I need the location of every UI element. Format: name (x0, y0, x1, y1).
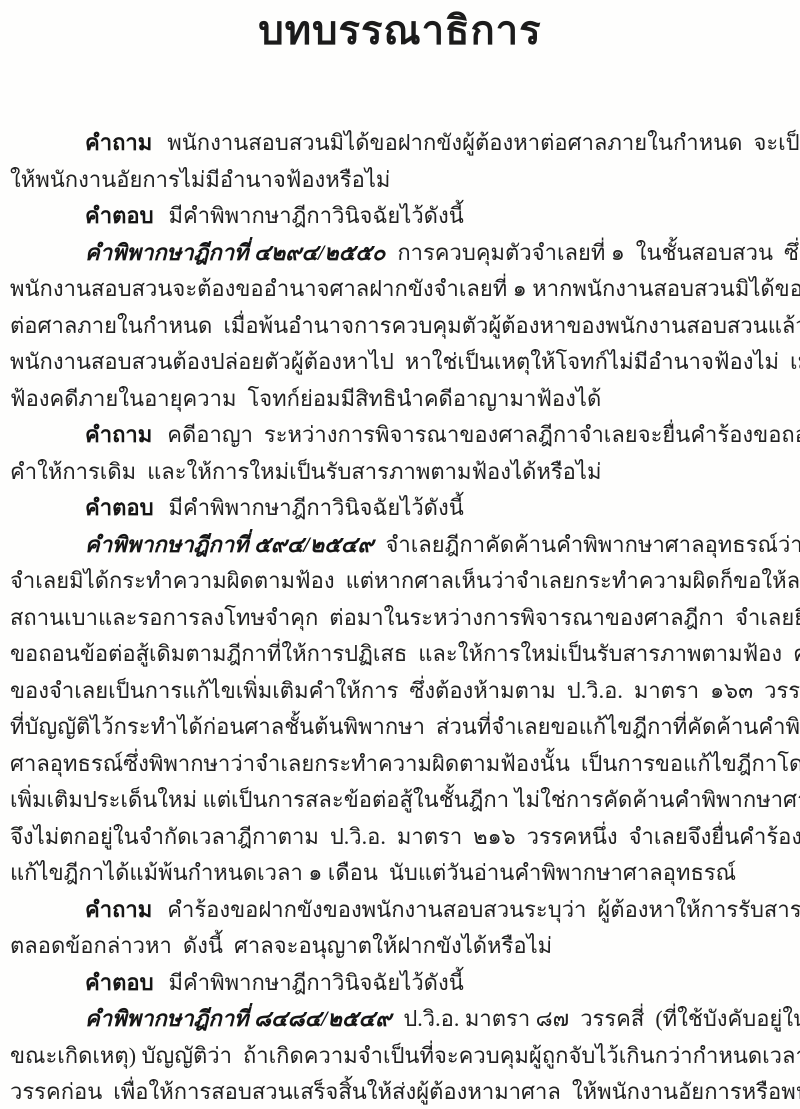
text-line: ที่บัญญัติไว้กระทำได้ก่อนศาลชั้นต้นพิพาก… (10, 709, 792, 746)
answer-label: คำตอบ (85, 970, 154, 995)
text-line: ฟ้องคดีภายในอายุความ โจทก์ย่อมมีสิทธินำค… (10, 381, 792, 418)
text-line: ให้พนักงานอัยการไม่มีอำนาจฟ้องหรือไม่ (10, 162, 792, 199)
line-text: พนักงานสอบสวนจะต้องขออำนาจศาลฝากขังจำเลย… (10, 276, 800, 301)
text-line: ขอถอนข้อต่อสู้เดิมตามฎีกาที่ให้การปฏิเสธ… (10, 636, 792, 673)
text-line: คำถามพนักงานสอบสวนมิได้ขอฝากขังผู้ต้องหา… (10, 125, 792, 162)
line-text: คำให้การเดิม และให้การใหม่เป็นรับสารภาพต… (10, 459, 601, 484)
line-text: ของจำเลยเป็นการแก้ไขเพิ่มเติมคำให้การ ซึ… (10, 678, 800, 703)
line-text: เพิ่มเติมประเด็นใหม่ แต่เป็นการสละข้อต่อ… (10, 787, 800, 812)
text-line: คำถามคดีอาญา ระหว่างการพิจารณาของศาลฎีกา… (10, 417, 792, 454)
question-label: คำถาม (85, 422, 152, 447)
line-text: พนักงานสอบสวนมิได้ขอฝากขังผู้ต้องหาต่อศา… (167, 130, 800, 155)
text-line: ศาลอุทธรณ์ซึ่งพิพากษาว่าจำเลยกระทำความผิ… (10, 746, 792, 783)
answer-label: คำตอบ (85, 203, 154, 228)
text-line: พนักงานสอบสวนจะต้องขออำนาจศาลฝากขังจำเลย… (10, 271, 792, 308)
line-text: ที่บัญญัติไว้กระทำได้ก่อนศาลชั้นต้นพิพาก… (10, 714, 800, 739)
line-text: มีคำพิพากษาฎีกาวินิจฉัยไว้ดังนี้ (169, 970, 464, 995)
line-text: ต่อศาลภายในกำหนด เมื่อพ้นอำนาจการควบคุมต… (10, 313, 800, 338)
text-line: ขณะเกิดเหตุ) บัญญัติว่า ถ้าเกิดความจำเป็… (10, 1038, 792, 1075)
citation-label: คำพิพากษาฎีกาที่ ๘๔๘๔/๒๕๔๙ (85, 1006, 391, 1031)
document-page: บทบรรณาธิการ คำถามพนักงานสอบสวนมิได้ขอฝา… (0, 0, 800, 1109)
question-label: คำถาม (85, 897, 152, 922)
text-line: ตลอดข้อกล่าวหา ดังนี้ ศาลจะอนุญาตให้ฝากข… (10, 928, 792, 965)
line-text: ฟ้องคดีภายในอายุความ โจทก์ย่อมมีสิทธินำค… (10, 386, 601, 411)
line-text: ขณะเกิดเหตุ) บัญญัติว่า ถ้าเกิดความจำเป็… (10, 1043, 800, 1068)
line-text: การควบคุมตัวจำเลยที่ ๑ ในชั้นสอบสวน ซึ่ง (397, 240, 800, 265)
text-line: คำพิพากษาฎีกาที่ ๔๒๙๔/๒๕๕๐การควบคุมตัวจำ… (10, 235, 792, 272)
citation-label: คำพิพากษาฎีกาที่ ๔๒๙๔/๒๕๕๐ (85, 240, 385, 265)
text-line: คำให้การเดิม และให้การใหม่เป็นรับสารภาพต… (10, 454, 792, 491)
line-text: สถานเบาและรอการลงโทษจำคุก ต่อมาในระหว่าง… (10, 605, 800, 630)
line-text: คดีอาญา ระหว่างการพิจารณาของศาลฎีกาจำเลย… (167, 422, 800, 447)
line-text: จึงไม่ตกอยู่ในจำกัดเวลาฎีกาตาม ป.วิ.อ. ม… (10, 824, 800, 849)
text-line: คำถามคำร้องขอฝากขังของพนักงานสอบสวนระบุว… (10, 892, 792, 929)
text-line: จึงไม่ตกอยู่ในจำกัดเวลาฎีกาตาม ป.วิ.อ. ม… (10, 819, 792, 856)
text-line: แก้ไขฎีกาได้แม้พ้นกำหนดเวลา ๑ เดือน นับแ… (10, 855, 792, 892)
line-text: ตลอดข้อกล่าวหา ดังนี้ ศาลจะอนุญาตให้ฝากข… (10, 933, 552, 958)
answer-label: คำตอบ (85, 495, 154, 520)
question-label: คำถาม (85, 130, 152, 155)
line-text: ให้พนักงานอัยการไม่มีอำนาจฟ้องหรือไม่ (10, 167, 390, 192)
text-line: ของจำเลยเป็นการแก้ไขเพิ่มเติมคำให้การ ซึ… (10, 673, 792, 710)
line-text: จำเลยฎีกาคัดค้านคำพิพากษาศาลอุทธรณ์ว่า (386, 532, 800, 557)
line-text: คำร้องขอฝากขังของพนักงานสอบสวนระบุว่า ผู… (167, 897, 800, 922)
text-line: วรรคก่อน เพื่อให้การสอบสวนเสร็จสิ้นให้ส่… (10, 1074, 792, 1109)
text-line: คำตอบมีคำพิพากษาฎีกาวินิจฉัยไว้ดังนี้ (10, 965, 792, 1002)
citation-label: คำพิพากษาฎีกาที่ ๕๙๔/๒๕๔๙ (85, 532, 374, 557)
document-body: คำถามพนักงานสอบสวนมิได้ขอฝากขังผู้ต้องหา… (0, 125, 800, 1109)
text-line: คำตอบมีคำพิพากษาฎีกาวินิจฉัยไว้ดังนี้ (10, 198, 792, 235)
line-text: จำเลยมิได้กระทำความผิดตามฟ้อง แต่หากศาลเ… (10, 568, 800, 593)
line-text: วรรคก่อน เพื่อให้การสอบสวนเสร็จสิ้นให้ส่… (10, 1079, 800, 1104)
page-title: บทบรรณาธิการ (0, 0, 800, 57)
text-line: เพิ่มเติมประเด็นใหม่ แต่เป็นการสละข้อต่อ… (10, 782, 792, 819)
text-line: พนักงานสอบสวนต้องปล่อยตัวผู้ต้องหาไป หาใ… (10, 344, 792, 381)
line-text: พนักงานสอบสวนต้องปล่อยตัวผู้ต้องหาไป หาใ… (10, 349, 800, 374)
text-line: คำพิพากษาฎีกาที่ ๘๔๘๔/๒๕๔๙ป.วิ.อ. มาตรา … (10, 1001, 792, 1038)
text-line: สถานเบาและรอการลงโทษจำคุก ต่อมาในระหว่าง… (10, 600, 792, 637)
line-text: แก้ไขฎีกาได้แม้พ้นกำหนดเวลา ๑ เดือน นับแ… (10, 860, 736, 885)
text-line: คำตอบมีคำพิพากษาฎีกาวินิจฉัยไว้ดังนี้ (10, 490, 792, 527)
line-text: มีคำพิพากษาฎีกาวินิจฉัยไว้ดังนี้ (169, 203, 464, 228)
line-text: ขอถอนข้อต่อสู้เดิมตามฎีกาที่ให้การปฏิเสธ… (10, 641, 800, 666)
text-line: จำเลยมิได้กระทำความผิดตามฟ้อง แต่หากศาลเ… (10, 563, 792, 600)
text-line: ต่อศาลภายในกำหนด เมื่อพ้นอำนาจการควบคุมต… (10, 308, 792, 345)
line-text: มีคำพิพากษาฎีกาวินิจฉัยไว้ดังนี้ (169, 495, 464, 520)
text-line: คำพิพากษาฎีกาที่ ๕๙๔/๒๕๔๙จำเลยฎีกาคัดค้า… (10, 527, 792, 564)
line-text: ศาลอุทธรณ์ซึ่งพิพากษาว่าจำเลยกระทำความผิ… (10, 751, 800, 776)
line-text: ป.วิ.อ. มาตรา ๘๗ วรรคสี่ (ที่ใช้บังคับอย… (403, 1006, 800, 1031)
